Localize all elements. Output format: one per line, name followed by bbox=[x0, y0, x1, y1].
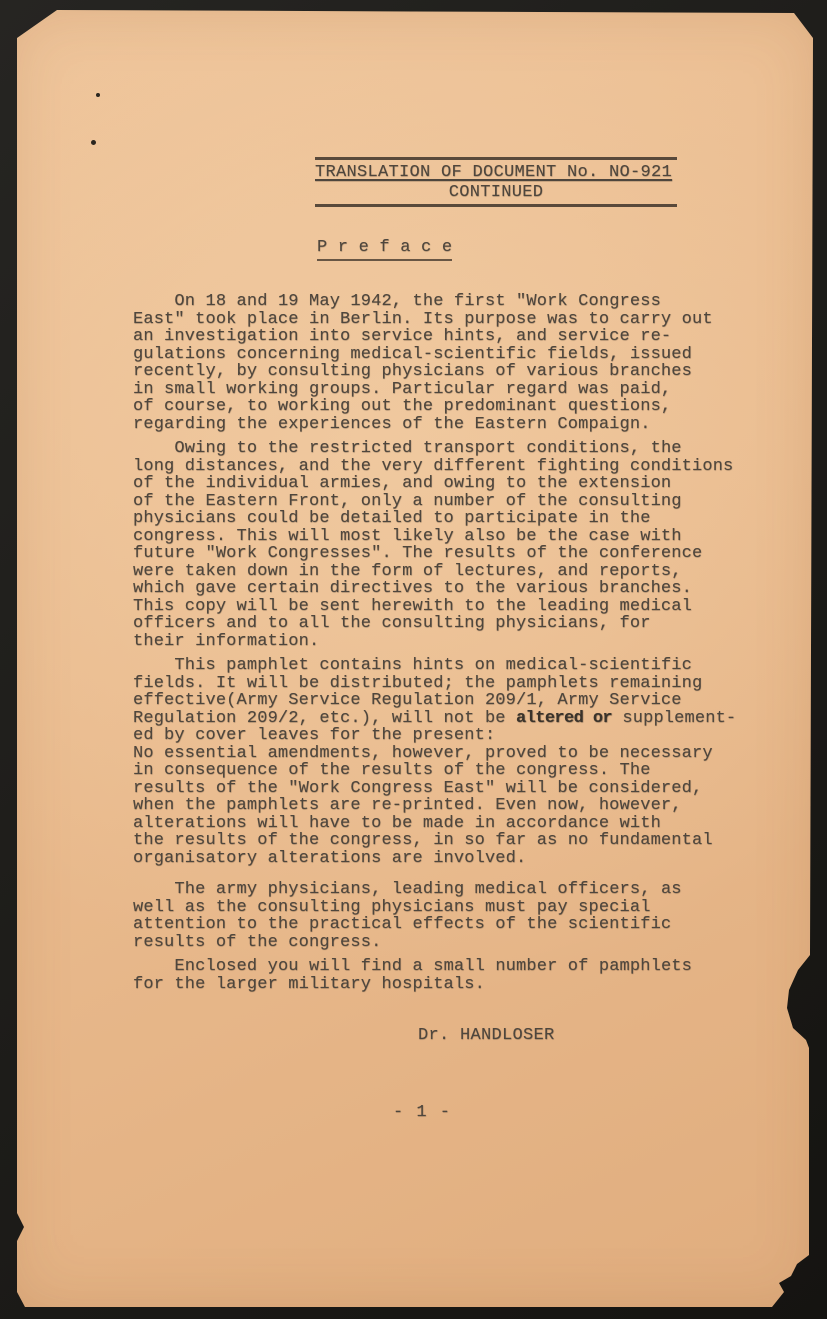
paper-speck bbox=[96, 93, 100, 97]
document-body: On 18 and 19 May 1942, the first "Work C… bbox=[133, 293, 765, 1000]
paragraph-4: The army physicians, leading medical off… bbox=[133, 881, 765, 951]
section-title: P r e f a c e bbox=[317, 238, 452, 261]
overtyped-text: altered or bbox=[516, 709, 612, 728]
page-number: - 1 - bbox=[393, 1103, 452, 1122]
photo-backdrop: TRANSLATION OF DOCUMENT No. NO-921 CONTI… bbox=[0, 0, 827, 1319]
document-page: TRANSLATION OF DOCUMENT No. NO-921 CONTI… bbox=[0, 0, 827, 1319]
paragraph-5: Enclosed you will find a small number of… bbox=[133, 958, 765, 993]
document-header: TRANSLATION OF DOCUMENT No. NO-921 CONTI… bbox=[315, 157, 677, 207]
document-subtitle: CONTINUED bbox=[315, 182, 677, 202]
signature: Dr. HANDLOSER bbox=[418, 1026, 555, 1045]
paper-speck bbox=[91, 140, 96, 145]
paragraph-3-text-cont: supplement- ed by cover leaves for the p… bbox=[133, 709, 736, 868]
paragraph-3: This pamphlet contains hints on medical-… bbox=[133, 657, 765, 867]
paragraph-1: On 18 and 19 May 1942, the first "Work C… bbox=[133, 293, 765, 433]
document-title: TRANSLATION OF DOCUMENT No. NO-921 bbox=[315, 163, 677, 182]
paragraph-2: Owing to the restricted transport condit… bbox=[133, 440, 765, 650]
